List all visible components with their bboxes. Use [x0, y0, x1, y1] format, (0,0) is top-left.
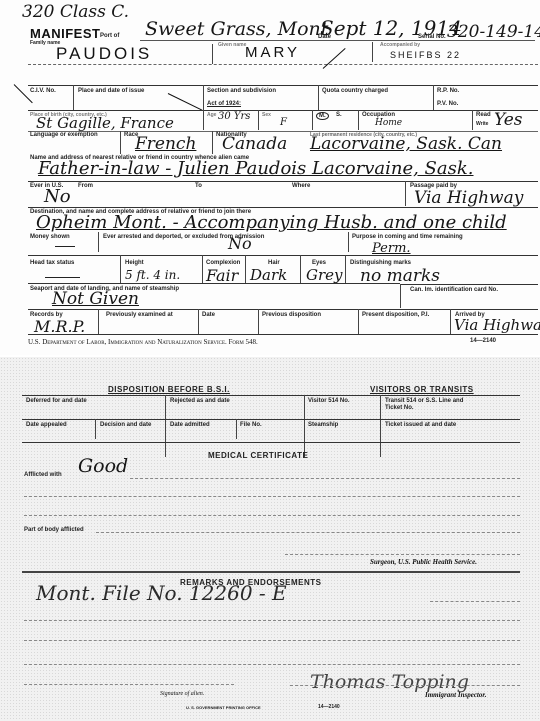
inspector-signature: Thomas Topping: [310, 671, 469, 693]
hair-value: Dark: [250, 266, 287, 284]
form-footer: U.S. Department of Labor, Immigration an…: [28, 338, 258, 346]
age-value: 30 Yrs: [218, 111, 250, 122]
prev-date-label: Date: [202, 312, 215, 318]
manifest-title: MANIFEST: [30, 26, 100, 41]
visitor514-label: Visitor 514 No.: [308, 398, 350, 404]
section-label: Section and subdivision: [207, 88, 276, 94]
read-label: Read: [476, 112, 491, 118]
accompanied-value: SHEIFBS 22: [390, 50, 461, 60]
family-name-value: PAUDOIS: [56, 44, 152, 64]
afflicted-label: Afflicted with: [24, 472, 62, 478]
where-label: Where: [292, 183, 310, 189]
eyes-value: Grey: [306, 266, 343, 284]
visitors-heading: VISITORS OR TRANSITS: [370, 385, 474, 394]
steamship-label: Steamship: [308, 422, 338, 428]
head-tax-label: Head tax status: [30, 260, 74, 266]
quota-label: Quota country charged: [322, 88, 388, 94]
date-appealed-label: Date appealed: [26, 422, 67, 428]
destination-value: Opheim Mont. - Accompanying Husb. and on…: [36, 212, 507, 233]
ticket-issued-label: Ticket issued at and date: [385, 422, 456, 428]
prev-disp-label: Previous disposition: [262, 312, 321, 318]
pv-label: P.V. No.: [437, 101, 458, 107]
disposition-card: DISPOSITION BEFORE B.S.I. VISITORS OR TR…: [0, 357, 540, 721]
marital-s-label: S.: [336, 112, 342, 118]
annotation-arrow: [168, 93, 203, 111]
port-value: Sweet Grass, Mont: [145, 18, 328, 40]
form-code: 14—2140: [318, 704, 340, 710]
serial-value: 320-149-14: [447, 22, 540, 42]
remarks-value: Mont. File No. 12260 - E: [36, 581, 287, 605]
class-annotation: 320 Class C.: [22, 2, 129, 22]
prev-exam-label: Previously examined at: [106, 312, 173, 318]
date-admitted-label: Date admitted: [170, 422, 210, 428]
arrested-value: No: [228, 234, 252, 253]
read-value: Yes: [494, 110, 523, 130]
act-label: Act of 1924:: [207, 101, 241, 107]
language-label: Language or exemption: [30, 132, 98, 138]
inspector-label: Immigrant Inspector.: [425, 691, 486, 699]
form-footer-code: 14—2140: [470, 338, 496, 344]
occupation-value: Home: [375, 118, 402, 128]
gpo-text: U. S. GOVERNMENT PRINTING OFFICE: [186, 705, 261, 710]
surgeon-label: Surgeon, U.S. Public Health Service.: [370, 558, 477, 566]
age-label: Age: [207, 112, 216, 118]
place-date-issue-label: Place and date of issue: [78, 88, 144, 94]
passage-value: Via Highway: [414, 188, 523, 208]
rp-label: R.P. No.: [437, 88, 459, 94]
height-value: 5 ft. 4 in.: [125, 268, 180, 282]
afflicted-value: Good: [78, 455, 128, 477]
sex-value: F: [280, 117, 287, 128]
to-label: To: [195, 183, 202, 189]
file-no-label: File No.: [240, 422, 262, 428]
purpose-label: Purpose in coming and time remaining: [352, 234, 463, 240]
money-label: Money shown: [30, 234, 70, 240]
rejected-label: Rejected as and date: [170, 398, 230, 404]
nationality-value: Canada: [222, 134, 287, 154]
decision-label: Decision and date: [100, 422, 151, 428]
marital-m-checkbox[interactable]: M.: [316, 112, 329, 120]
annotation-arrow: [323, 48, 346, 69]
birthplace-value: St Gagille, France: [36, 114, 174, 132]
disposition-heading: DISPOSITION BEFORE B.S.I.: [108, 385, 230, 394]
write-label: Write: [476, 121, 488, 127]
transit-label: Transit 514 or S.S. Line and Ticket No.: [385, 398, 465, 412]
deferred-label: Deferred for and date: [26, 398, 87, 404]
height-label: Height: [125, 260, 144, 266]
given-name-value: MARY: [245, 44, 300, 61]
sex-label: Sex: [262, 112, 271, 118]
signature-alien-label: Signature of alien.: [160, 691, 204, 697]
from-label: From: [78, 183, 93, 189]
given-name-label: Given name: [218, 42, 246, 48]
medical-heading: MEDICAL CERTIFICATE: [208, 451, 308, 460]
race-value: French: [135, 134, 196, 154]
can-im-label: Can. Im. identification card No.: [410, 287, 498, 293]
present-disp-label: Present disposition, P.I.: [362, 312, 429, 318]
arrived-value: Via Highway: [454, 316, 540, 334]
civ-label: C.I.V. No.: [30, 88, 56, 94]
part-body-label: Part of body afflicted: [24, 527, 84, 533]
purpose-value: Perm.: [372, 241, 411, 256]
accompanied-label: Accompanied by: [380, 42, 420, 48]
port-label: Port of: [100, 33, 119, 39]
nearest-relative-value: Father-in-law - Julien Paudois Lacorvain…: [38, 158, 474, 179]
seaport-value: Not Given: [52, 289, 139, 309]
last-residence-value: Lacorvaine, Sask. Can: [310, 134, 502, 154]
manifest-card: 320 Class C. MANIFEST Family name Port o…: [0, 0, 540, 355]
ever-in-us-value: No: [44, 186, 71, 207]
